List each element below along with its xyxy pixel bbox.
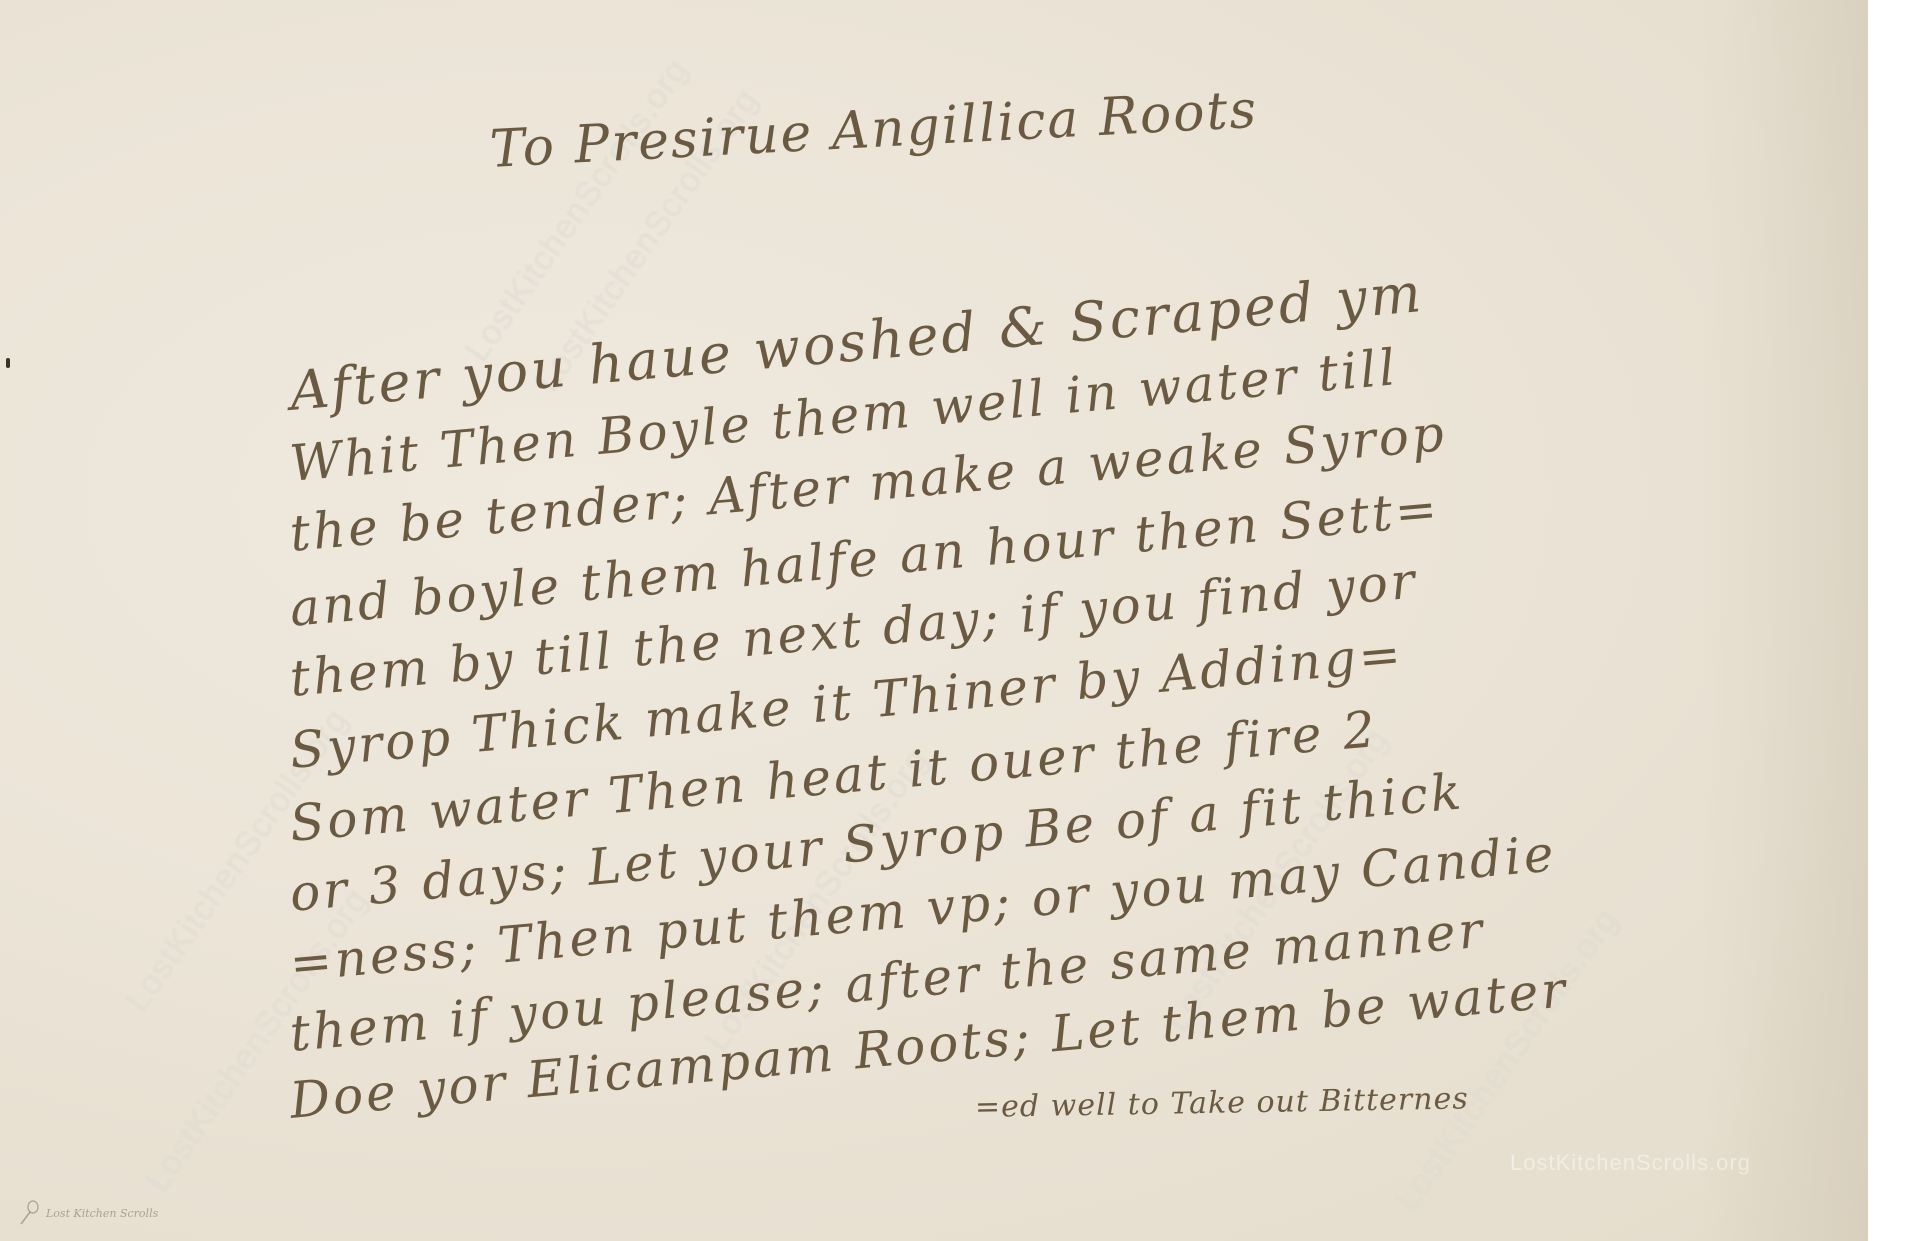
site-logo: Lost Kitchen Scrolls [18, 1200, 158, 1226]
logo-text: Lost Kitchen Scrolls [46, 1207, 158, 1220]
watermark-bottom: LostKitchenScrolls.org [1510, 1150, 1751, 1176]
whisk-icon [18, 1200, 40, 1226]
page-shadow [1700, 0, 1880, 1241]
ink-mark [6, 358, 10, 368]
background-margin [1868, 0, 1920, 1241]
